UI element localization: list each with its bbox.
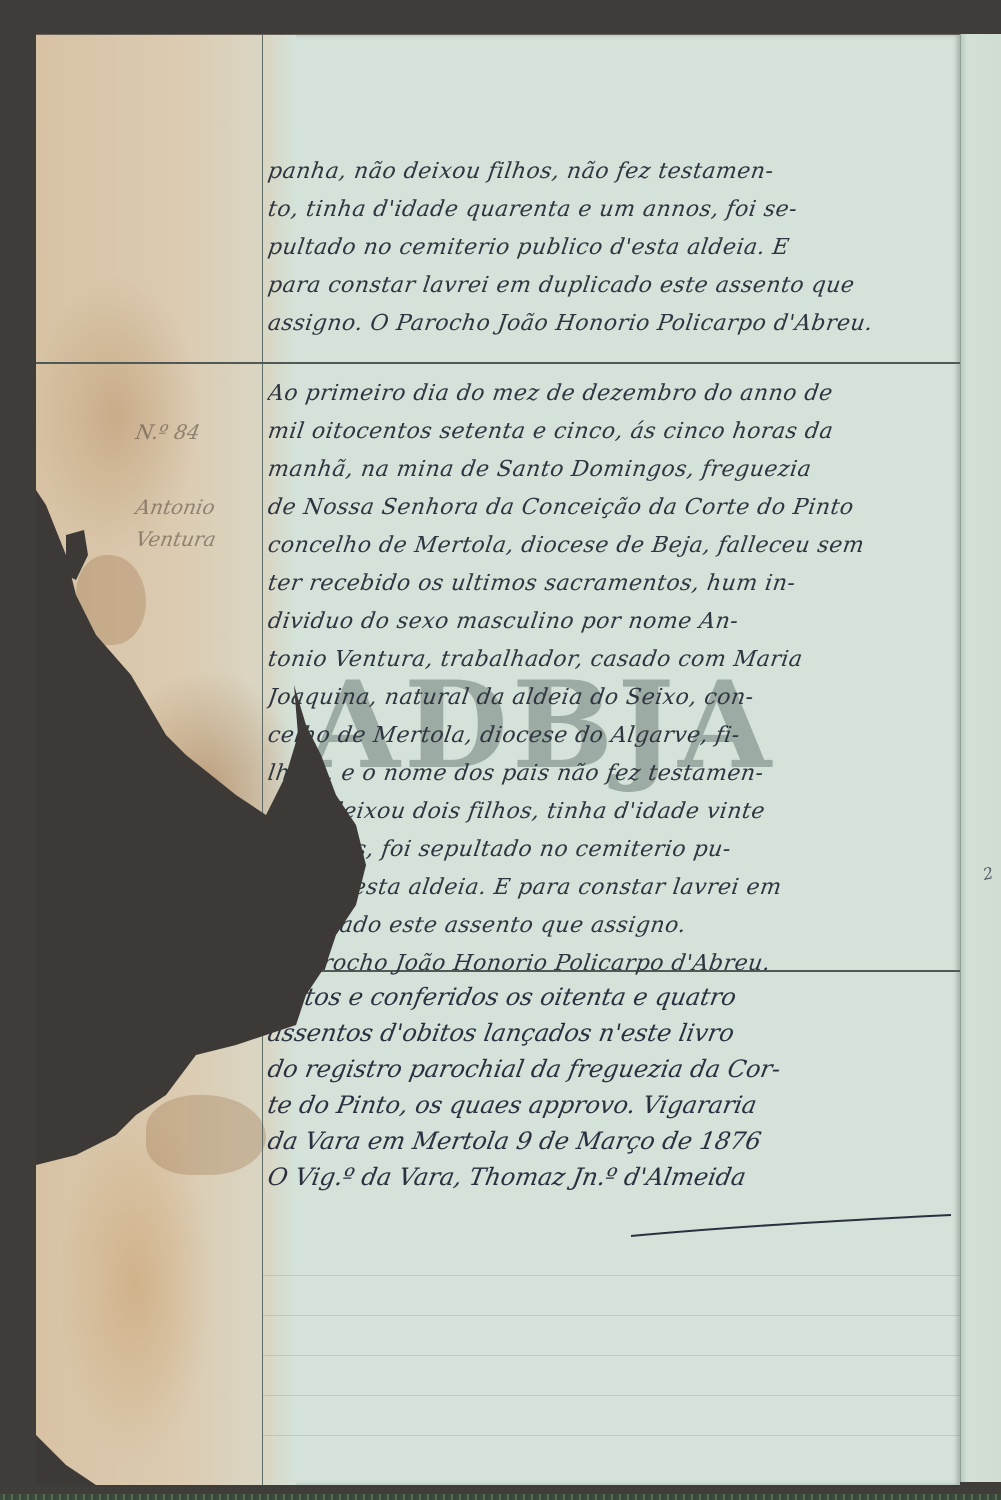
- handwritten-line: ter recebido os ultimos sacramentos, hum…: [265, 565, 960, 603]
- water-stain-margin: [36, 35, 296, 1485]
- entry-divider: [36, 362, 960, 364]
- stain-blot: [146, 1095, 266, 1175]
- handwritten-line: do registro parochial da freguezia da Co…: [265, 1051, 960, 1087]
- handwritten-line: mil oitocentos setenta e cinco, ás cinco…: [265, 413, 960, 451]
- handwritten-line: to ... deixou dois filhos, tinha d'idade…: [265, 793, 960, 831]
- handwritten-line: Ao primeiro dia do mez de dezembro do an…: [265, 375, 960, 413]
- ledger-line: [262, 1395, 960, 1396]
- ledger-line: [262, 1435, 960, 1436]
- handwritten-line: ... annos, foi sepultado no cemiterio pu…: [265, 831, 960, 869]
- handwritten-line: Vistos e conferidos os oitenta e quatro: [265, 979, 960, 1015]
- margin-entry-surname: Ventura: [134, 527, 218, 551]
- margin-rule: [262, 35, 263, 1485]
- handwritten-line: to, tinha d'idade quarenta e um annos, f…: [265, 191, 960, 229]
- handwritten-line: te do Pinto, os quaes approvo. Vigararia: [265, 1087, 960, 1123]
- handwritten-line: dividuo do sexo masculino por nome An-: [265, 603, 960, 641]
- handwritten-line: manhã, na mina de Santo Domingos, fregue…: [265, 451, 960, 489]
- margin-entry-name: Antonio: [134, 495, 217, 519]
- ledger-line: [262, 1315, 960, 1316]
- ledger-line: [262, 1355, 960, 1356]
- handwritten-line: concelho de Mertola, diocese de Beja, fa…: [265, 527, 960, 565]
- handwritten-line: assentos d'obitos lançados n'este livro: [265, 1015, 960, 1051]
- scanner-edge-strip: [0, 1494, 1001, 1500]
- handwritten-line: de Nossa Senhora da Conceição da Corte d…: [265, 489, 960, 527]
- handwritten-line: panha, não deixou filhos, não fez testam…: [265, 153, 960, 191]
- handwritten-line: O Parocho João Honorio Policarpo d'Abreu…: [265, 945, 960, 983]
- entry-continuation-text: panha, não deixou filhos, não fez testam…: [268, 153, 958, 343]
- ledger-line: [262, 1275, 960, 1276]
- entry-84-text: Ao primeiro dia do mez de dezembro do an…: [268, 375, 958, 983]
- closing-approval-text: Vistos e conferidos os oitenta e quatro …: [268, 979, 958, 1195]
- handwritten-line: lho ... e o nome dos pais não fez testam…: [265, 755, 960, 793]
- handwritten-line: da Vara em Mertola 9 de Março de 1876: [265, 1123, 960, 1159]
- handwritten-line: para constar lavrei em duplicado este as…: [265, 267, 960, 305]
- handwritten-line: blico d'esta aldeia. E para constar lavr…: [265, 869, 960, 907]
- handwritten-line: O Vig.º da Vara, Thomaz Jn.º d'Almeida: [265, 1159, 960, 1195]
- handwritten-line: tonio Ventura, trabalhador, casado com M…: [265, 641, 960, 679]
- handwritten-line: Joaquina, natural da aldeia do Seixo, co…: [265, 679, 960, 717]
- stain-blot: [96, 795, 146, 835]
- adjacent-page-edge: 2: [960, 34, 1001, 1482]
- margin-entry-number: N.º 84: [134, 420, 202, 444]
- stain-blot: [76, 555, 146, 645]
- handwritten-line: duplicado este assento que assigno.: [265, 907, 960, 945]
- register-page: ADBJA panha, não deixou filhos, não fez …: [36, 34, 960, 1485]
- handwritten-line: assigno. O Parocho João Honorio Policarp…: [265, 305, 960, 343]
- handwritten-line: pultado no cemiterio publico d'esta alde…: [265, 229, 960, 267]
- handwritten-line: celho de Mertola, diocese do Algarve, fi…: [265, 717, 960, 755]
- signature-flourish: [626, 1211, 956, 1241]
- adjacent-page-mark: 2: [981, 863, 995, 884]
